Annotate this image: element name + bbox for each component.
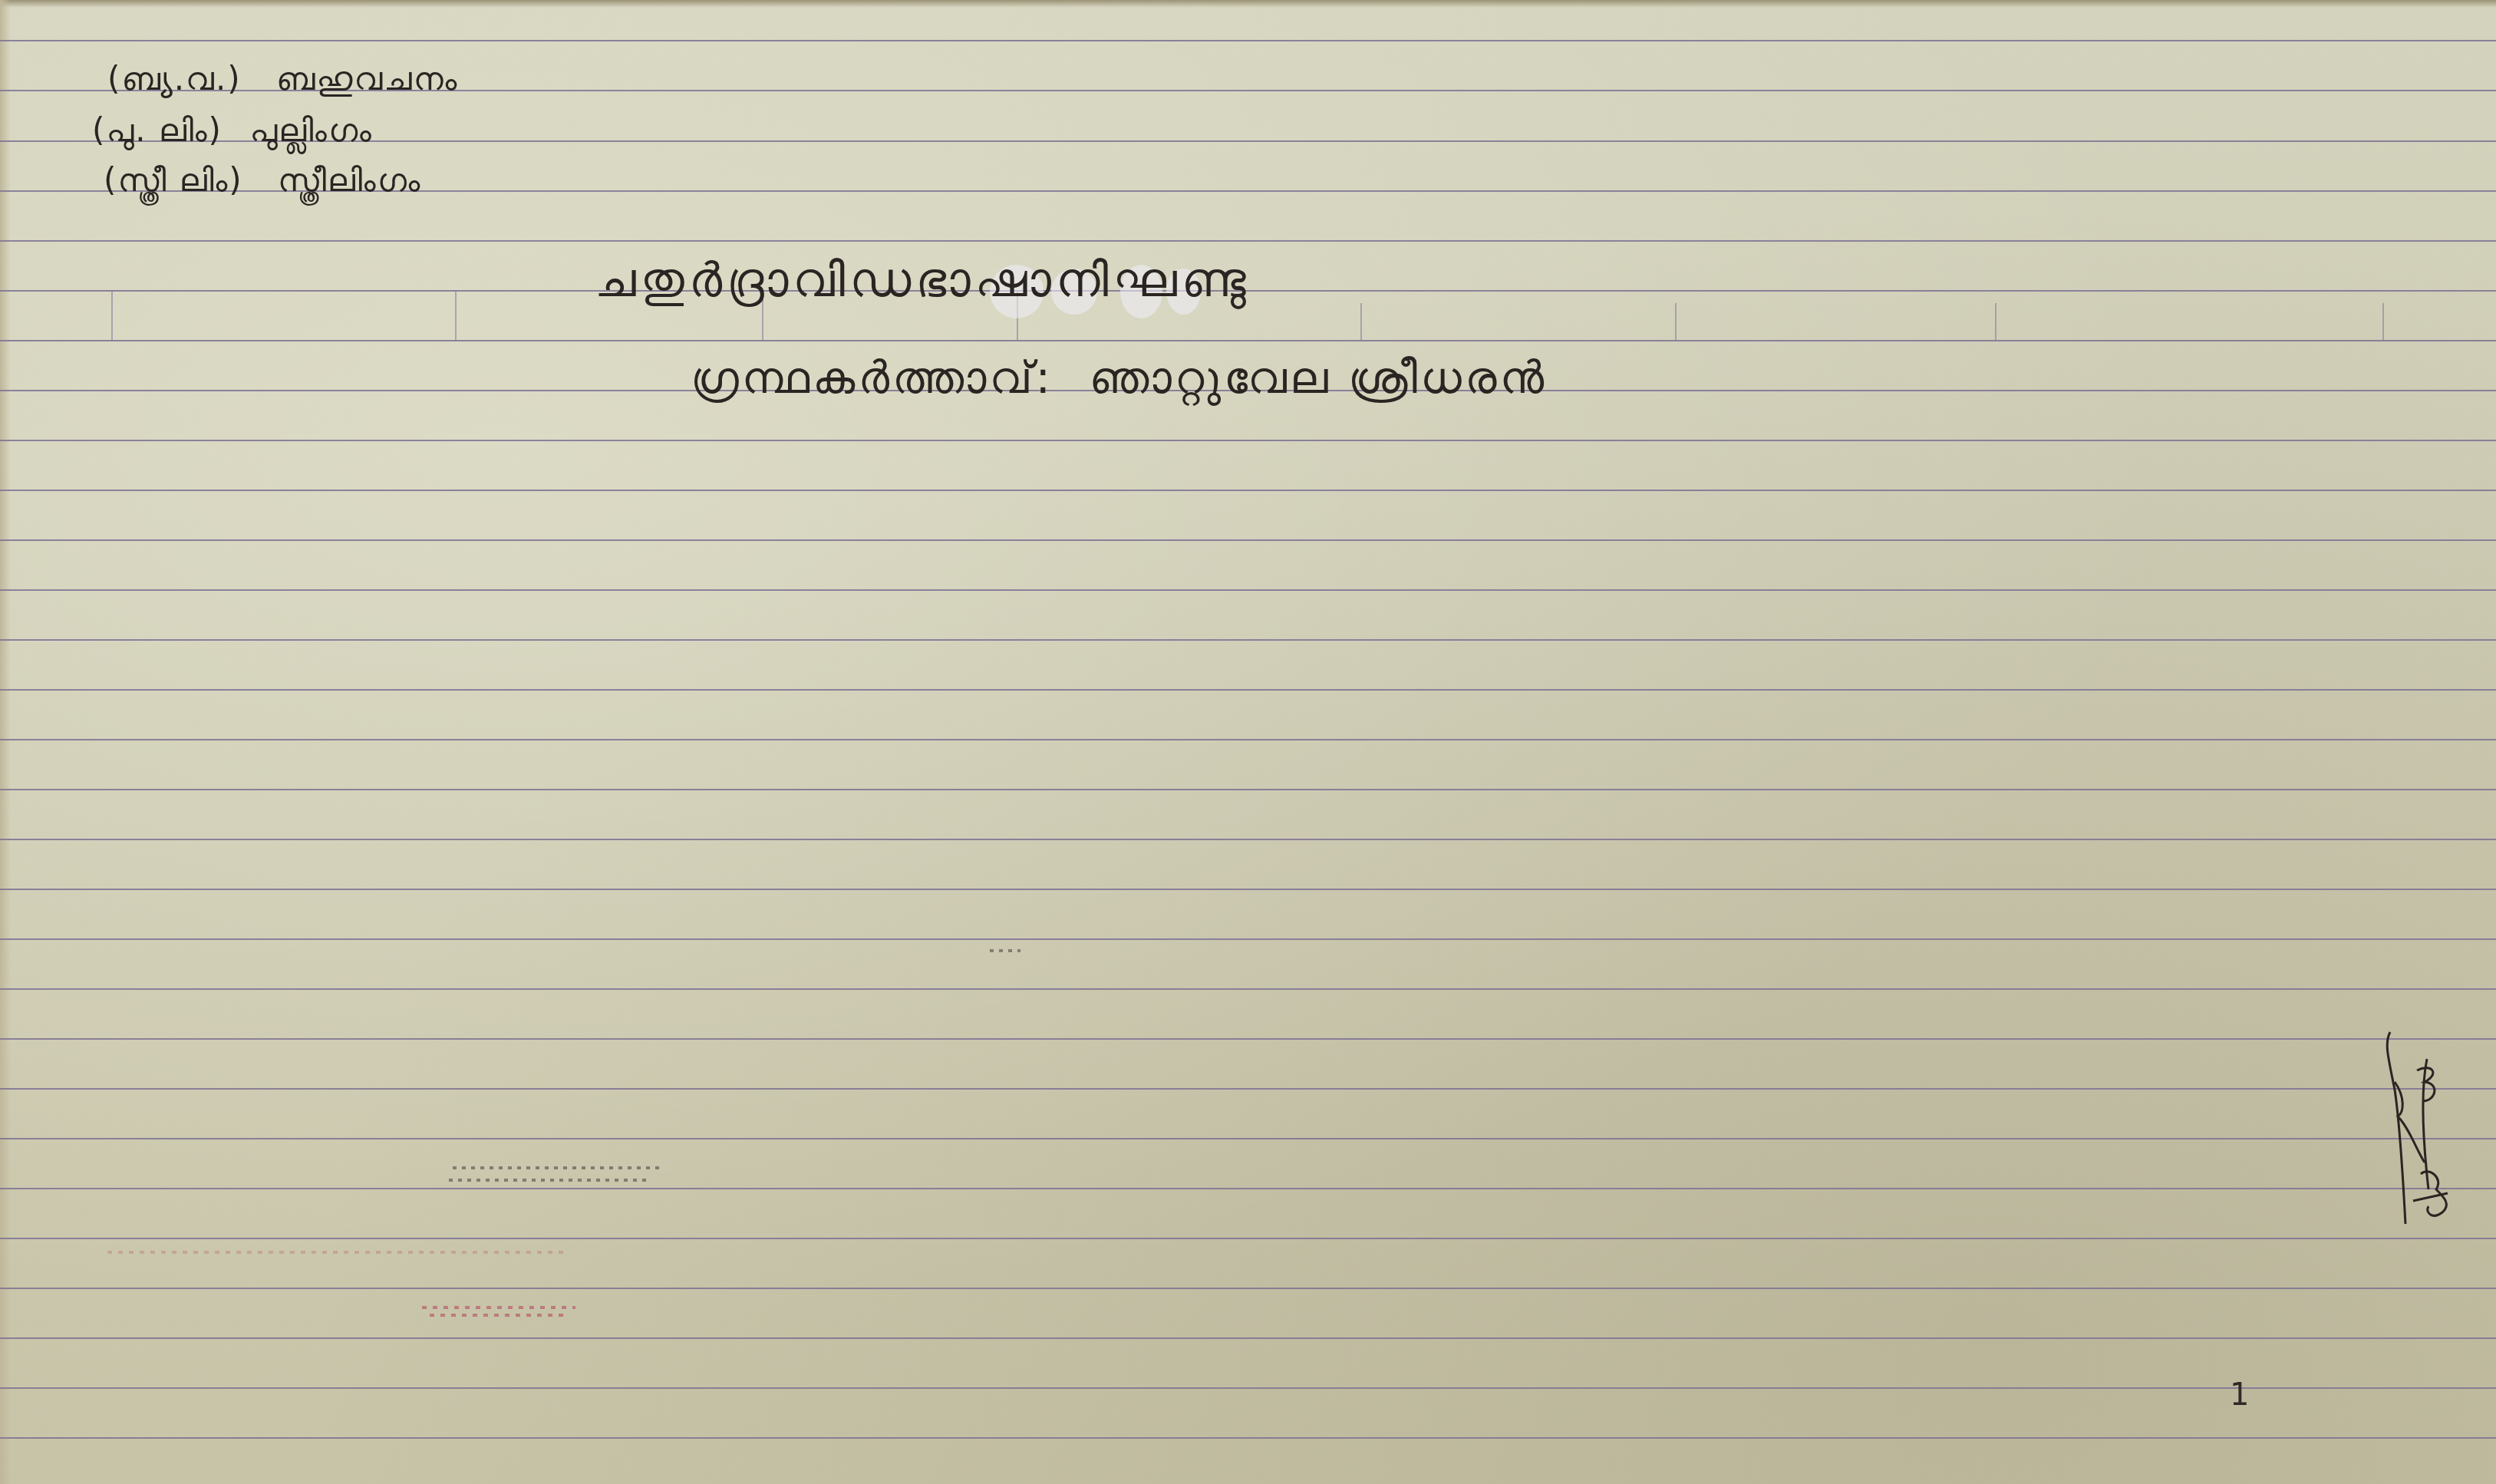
ruled-line — [0, 1088, 2496, 1090]
legend-line-feminine: (സ്ത്രീ ലിം) സ്ത്രീലിംഗം — [104, 161, 421, 200]
author-label: ഗ്രന്ഥകർത്താവ്: — [691, 351, 1053, 404]
legend-line-plural: (ബ്യ.വ.) ബഹുവചനം — [107, 60, 458, 98]
ruled-line — [0, 589, 2496, 591]
column-divider — [2382, 303, 2384, 341]
ruled-line — [0, 539, 2496, 541]
ruled-line — [0, 739, 2496, 740]
ruled-line — [0, 1138, 2496, 1139]
red-ink-dots — [107, 1251, 568, 1254]
ruled-line — [0, 839, 2496, 840]
ruled-line — [0, 1038, 2496, 1040]
document-title: ചതുർദ്രാവിഡഭാഷാനിഘണ്ടു — [595, 252, 1251, 308]
ruled-line — [0, 1188, 2496, 1189]
column-divider — [1360, 303, 1362, 341]
red-ink-dots — [430, 1314, 568, 1317]
ruled-line — [0, 1437, 2496, 1439]
legend-line-masculine: (പു. ലിം) പുല്ലിംഗം — [92, 111, 373, 150]
legend-abbr: (സ്ത്രീ ലിം) — [104, 161, 243, 199]
page-number: 1 — [2230, 1377, 2249, 1413]
ruled-line — [0, 1288, 2496, 1289]
legend-meaning: സ്ത്രീലിംഗം — [278, 161, 421, 199]
author-line: ഗ്രന്ഥകർത്താവ്: ഞാറ്റുവേല ശ്രീധരൻ — [691, 351, 1547, 404]
ruled-line — [0, 889, 2496, 890]
ruled-line — [0, 340, 2496, 341]
ruled-line — [0, 639, 2496, 641]
ruled-line — [0, 40, 2496, 41]
ruled-line — [0, 689, 2496, 691]
ruled-line — [0, 140, 2496, 142]
column-divider — [1675, 303, 1677, 341]
legend-meaning: പുല്ലിംഗം — [249, 111, 372, 149]
signature-mark — [2367, 1028, 2451, 1228]
manuscript-page: (ബ്യ.വ.) ബഹുവചനം (പു. ലിം) പുല്ലിംഗം (സ്… — [0, 0, 2496, 1484]
ruled-line — [0, 789, 2496, 790]
ink-dots — [453, 1166, 660, 1169]
ink-dash — [990, 949, 1020, 952]
red-ink-dots — [422, 1306, 575, 1309]
ruled-line — [0, 1387, 2496, 1389]
ruled-line — [0, 490, 2496, 491]
ruled-line — [0, 988, 2496, 990]
author-name: ഞാറ്റുവേല ശ്രീധരൻ — [1090, 351, 1548, 404]
ruled-line — [0, 1238, 2496, 1239]
ruled-line — [0, 938, 2496, 940]
column-divider — [455, 292, 457, 341]
ruled-line — [0, 440, 2496, 441]
column-divider — [111, 292, 113, 341]
ink-dots — [449, 1179, 648, 1182]
paper-top-edge — [0, 0, 2496, 8]
legend-meaning: ബഹുവചനം — [276, 60, 458, 97]
paper-left-edge — [0, 0, 11, 1484]
legend-abbr: (ബ്യ.വ.) — [107, 60, 242, 97]
column-divider — [1995, 303, 1996, 341]
ruled-line — [0, 240, 2496, 242]
legend-abbr: (പു. ലിം) — [92, 111, 223, 149]
ruled-line — [0, 1337, 2496, 1339]
